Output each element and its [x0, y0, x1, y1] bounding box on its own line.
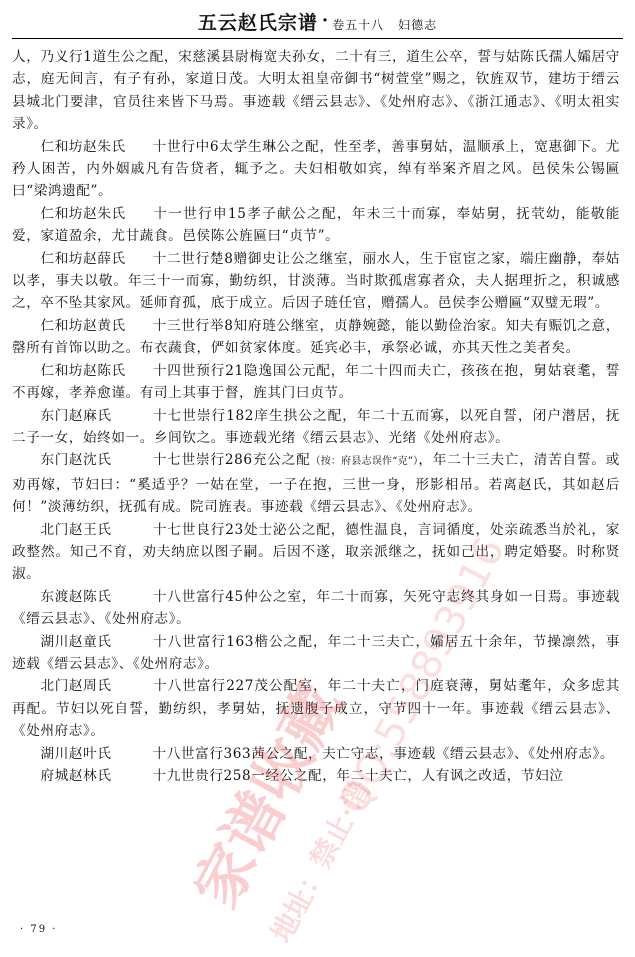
- biography-entry: 仁和坊赵朱氏十一世行申15孝子献公之配，年未三十而寡，奉姑舅，抚茕幼，能敬能爱，…: [12, 203, 620, 248]
- entry-name: 仁和坊赵朱氏: [41, 203, 153, 225]
- biography-entry: 仁和坊赵薛氏十二世行楚8赠御史让公之继室，丽水人，生于宦宦之家，端庄幽静，奉姑以…: [12, 248, 620, 315]
- entry-text: 十八世富行363茜公之配，夫亡守志，事迹载《缙云县志》、《处州府志》。: [153, 746, 615, 762]
- biography-entry: 东门赵沈氏十七世崇行286充公之配（按：府县志误作“克”），年二十三夫亡，清苦自…: [12, 449, 620, 518]
- entry-name: 仁和坊赵陈氏: [41, 360, 153, 382]
- entry-name: 北门赵王氏: [41, 519, 153, 541]
- biography-entry: 仁和坊赵朱氏十世行中6太学生琳公之配，性至孝，善事舅姑，温顺承上，宽惠御下。尤矜…: [12, 136, 620, 203]
- entry-name: 北门赵周氏: [41, 675, 153, 697]
- entry-name: 湖川赵童氏: [41, 631, 153, 653]
- title-separator: ·: [322, 10, 328, 31]
- biography-entry: 府城赵林氏十九世贵行258一经公之配，年二十夫亡，人有讽之改适，节妇泣: [12, 765, 620, 787]
- biography-entry: 仁和坊赵陈氏十四世预行21隐逸国公元配，年二十四而夫亡，孩孩在抱，舅姑衰耄，誓不…: [12, 360, 620, 405]
- entry-text: 十七世崇行286充公之配: [153, 452, 311, 468]
- intro-paragraph: 人，乃义行1道生公之配，宋慈溪县尉梅宽夫孙女，二十有三，道生公卒，誓与姑陈氏孺人…: [12, 46, 620, 136]
- document-body: 人，乃义行1道生公之配，宋慈溪县尉梅宽夫孙女，二十有三，道生公卒，誓与姑陈氏孺人…: [12, 46, 620, 787]
- biography-entry: 东门赵麻氏十七世崇行182庠生拱公之配，年二十五而寡，以死自誓，闭户潜居，抚二子…: [12, 405, 620, 450]
- entry-name: 仁和坊赵黄氏: [41, 315, 153, 337]
- entry-name: 东门赵麻氏: [41, 405, 153, 427]
- page-number: · 79 ·: [20, 924, 57, 935]
- biography-entry: 湖川赵叶氏十八世富行363茜公之配，夫亡守志，事迹载《缙云县志》、《处州府志》。: [12, 743, 620, 765]
- book-title: 五云赵氏宗谱: [198, 12, 318, 34]
- header-divider: [12, 38, 623, 39]
- biography-entry: 北门赵王氏十七世良行23处士泌公之配，德性温良，言词循度，处亲疏悉当於礼，家政整…: [12, 519, 620, 586]
- biography-entry: 湖川赵童氏十八世富行163楷公之配，年二十三夫亡，孀居五十余年，节操凛然，事迹载…: [12, 631, 620, 676]
- watermark-contact: 地址：禁止·谱: [260, 773, 379, 949]
- page-header: 五云赵氏宗谱·卷五十八妇德志: [0, 8, 635, 35]
- biography-entry: 北门赵周氏十八世富行227茂公配室，年二十夫亡，门庭衰薄，舅姑耄年，众多虑其再配…: [12, 675, 620, 742]
- biography-entry: 东渡赵陈氏十八世富行45仲公之室，年二十而寡，矢死守志终其身如一日焉。事迹载《缙…: [12, 586, 620, 631]
- entry-name: 仁和坊赵薛氏: [41, 248, 153, 270]
- editor-note: （按：府县志误作“克”）: [310, 456, 418, 467]
- entry-text: 十九世贵行258一经公之配，年二十夫亡，人有讽之改适，节妇泣: [153, 768, 564, 784]
- volume-label: 卷五十八: [332, 18, 384, 32]
- biography-entry: 仁和坊赵黄氏十三世行举8知府琏公继室，贞静婉懿，能以勤俭治家。知夫有赈饥之意，罄…: [12, 315, 620, 360]
- entry-name: 府城赵林氏: [41, 765, 153, 787]
- entry-name: 东门赵沈氏: [41, 449, 153, 471]
- entry-name: 湖川赵叶氏: [41, 743, 153, 765]
- section-label: 妇德志: [398, 18, 437, 32]
- entry-name: 东渡赵陈氏: [41, 586, 153, 608]
- entry-name: 仁和坊赵朱氏: [41, 136, 153, 158]
